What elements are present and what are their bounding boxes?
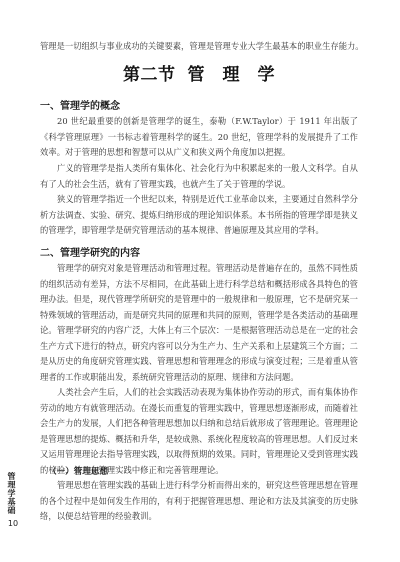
paragraph: 20 世纪最重要的创新是管理学的诞生，泰勒（F.W.Taylor）于 1911 …: [40, 114, 358, 161]
subheading-thought: （一）管理思想: [48, 465, 108, 477]
section-number: 第二节: [123, 65, 176, 85]
paragraph: 管理学研究的内容广泛，大体上有三个层次：一是根据管理活动总是在一定的社会生产方式…: [40, 323, 358, 385]
section-name: 管 理 学: [188, 65, 276, 85]
page-sidebar: 管理学基础 10: [6, 472, 20, 528]
paragraph: 狭义的管理学指近一个世纪以来，特别是近代工业革命以来，主要通过自然科学分析方法调…: [40, 192, 358, 239]
section-title: 第二节管 理 学: [40, 60, 358, 85]
heading-concept: 一、管理学的概念: [40, 97, 120, 112]
lead-sentence: 管理是一切组织与事业成功的关键要素，管理是管理专业大学生最基本的职业生存能力。: [40, 40, 370, 52]
paragraph: 广义的管理学是指人类所有集体化、社会化行为中积累起来的一般人文科学。自从有了人的…: [40, 161, 358, 192]
book-title: 管理学基础: [6, 472, 17, 515]
paragraph: 管理思想在管理实践的基础上进行科学分析而得出来的，研究这些管理思想在管理的各个过…: [40, 478, 358, 525]
heading-content: 二、管理学研究的内容: [40, 244, 140, 259]
page-number: 10: [6, 519, 20, 528]
